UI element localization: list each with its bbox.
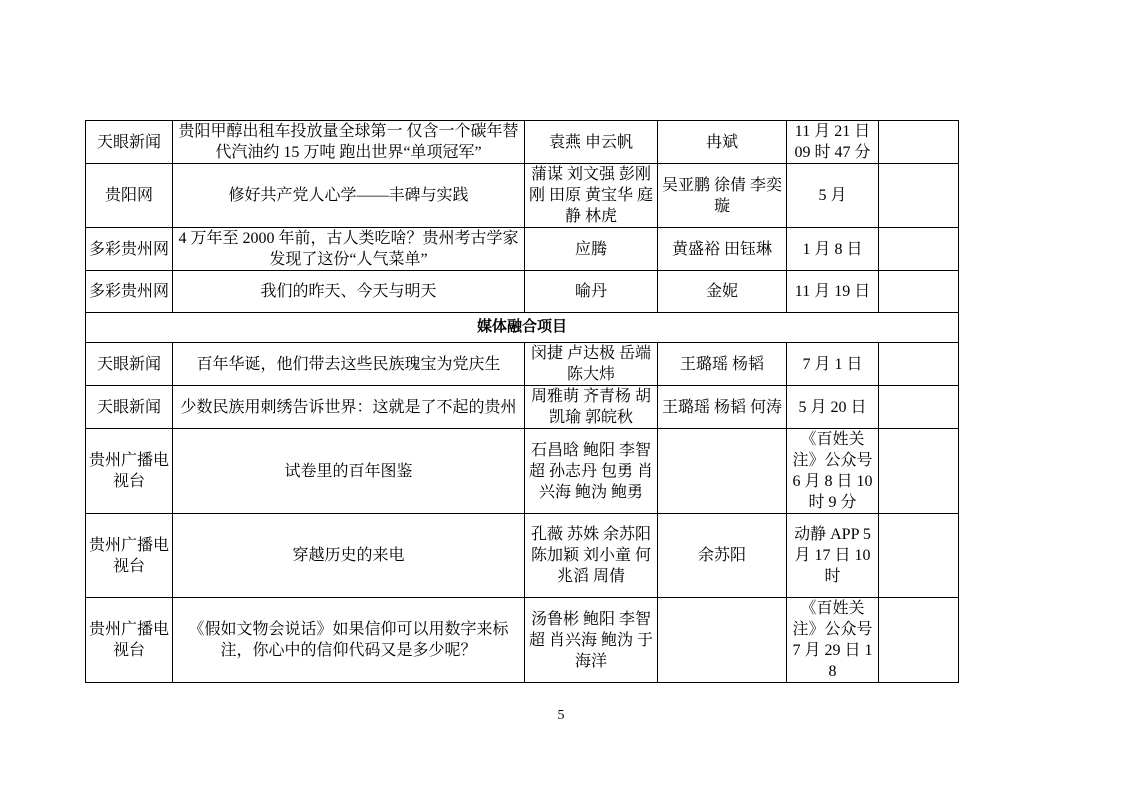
cell-editors [658, 598, 787, 683]
cell-date: 11 月 21 日 09 时 47 分 [787, 121, 879, 164]
table-row: 天眼新闻 贵阳甲醇出租车投放量全球第一 仅含一个碳年替代汽油约 15 万吨 跑出… [86, 121, 959, 164]
table-row: 贵州广播电视台 穿越历史的来电 孔薇 苏姝 余苏阳 陈加颖 刘小童 何兆滔 周倩… [86, 514, 959, 598]
cell-authors: 石昌晗 鲍阳 李智超 孙志丹 包勇 肖兴海 鲍沩 鲍勇 [525, 429, 658, 514]
cell-media: 贵阳网 [86, 164, 173, 228]
table-row: 贵阳网 修好共产党人心学——丰碑与实践 蒲谋 刘文强 彭刚刚 田原 黄宝华 庭静… [86, 164, 959, 228]
cell-extra [879, 271, 959, 313]
cell-date: 动静 APP 5 月 17 日 10 时 [787, 514, 879, 598]
cell-date: 《百姓关注》公众号 7 月 29 日 18 [787, 598, 879, 683]
cell-extra [879, 429, 959, 514]
cell-media: 贵州广播电视台 [86, 598, 173, 683]
cell-title: 贵阳甲醇出租车投放量全球第一 仅含一个碳年替代汽油约 15 万吨 跑出世界“单项… [173, 121, 525, 164]
media-projects-table: 天眼新闻 贵阳甲醇出租车投放量全球第一 仅含一个碳年替代汽油约 15 万吨 跑出… [85, 120, 959, 683]
section-header: 媒体融合项目 [86, 313, 959, 343]
cell-title: 少数民族用刺绣告诉世界：这就是了不起的贵州 [173, 386, 525, 429]
cell-authors: 喻丹 [525, 271, 658, 313]
cell-authors: 汤鲁彬 鲍阳 李智超 肖兴海 鲍沩 于海洋 [525, 598, 658, 683]
table-row: 多彩贵州网 4 万年至 2000 年前，古人类吃啥？贵州考古学家发现了这份“人气… [86, 228, 959, 271]
cell-title: 我们的昨天、今天与明天 [173, 271, 525, 313]
table-row: 贵州广播电视台 试卷里的百年图鉴 石昌晗 鲍阳 李智超 孙志丹 包勇 肖兴海 鲍… [86, 429, 959, 514]
cell-media: 天眼新闻 [86, 386, 173, 429]
cell-media: 天眼新闻 [86, 343, 173, 386]
cell-editors: 吴亚鹏 徐倩 李奕璇 [658, 164, 787, 228]
table-row: 天眼新闻 百年华诞，他们带去这些民族瑰宝为党庆生 闵捷 卢达极 岳端 陈大炜 王… [86, 343, 959, 386]
cell-editors: 余苏阳 [658, 514, 787, 598]
cell-editors: 黄盛裕 田钰琳 [658, 228, 787, 271]
cell-authors: 闵捷 卢达极 岳端 陈大炜 [525, 343, 658, 386]
cell-title: 百年华诞，他们带去这些民族瑰宝为党庆生 [173, 343, 525, 386]
cell-title: 修好共产党人心学——丰碑与实践 [173, 164, 525, 228]
cell-date: 1 月 8 日 [787, 228, 879, 271]
cell-media: 贵州广播电视台 [86, 514, 173, 598]
cell-extra [879, 343, 959, 386]
cell-editors: 王璐瑶 杨韬 [658, 343, 787, 386]
cell-date: 5 月 20 日 [787, 386, 879, 429]
cell-editors [658, 429, 787, 514]
cell-authors: 袁燕 申云帆 [525, 121, 658, 164]
table-row: 多彩贵州网 我们的昨天、今天与明天 喻丹 金妮 11 月 19 日 [86, 271, 959, 313]
cell-authors: 应腾 [525, 228, 658, 271]
cell-media: 天眼新闻 [86, 121, 173, 164]
cell-media: 贵州广播电视台 [86, 429, 173, 514]
table-row: 天眼新闻 少数民族用刺绣告诉世界：这就是了不起的贵州 周雅萌 齐青杨 胡凯瑜 郭… [86, 386, 959, 429]
page-number: 5 [0, 708, 1122, 724]
cell-extra [879, 598, 959, 683]
cell-title: 试卷里的百年图鉴 [173, 429, 525, 514]
cell-extra [879, 164, 959, 228]
cell-authors: 周雅萌 齐青杨 胡凯瑜 郭皖秋 [525, 386, 658, 429]
cell-extra [879, 514, 959, 598]
cell-authors: 孔薇 苏姝 余苏阳 陈加颖 刘小童 何兆滔 周倩 [525, 514, 658, 598]
cell-authors: 蒲谋 刘文强 彭刚刚 田原 黄宝华 庭静 林虎 [525, 164, 658, 228]
cell-date: 《百姓关注》公众号 6 月 8 日 10 时 9 分 [787, 429, 879, 514]
cell-title: 穿越历史的来电 [173, 514, 525, 598]
cell-editors: 金妮 [658, 271, 787, 313]
cell-media: 多彩贵州网 [86, 271, 173, 313]
cell-date: 11 月 19 日 [787, 271, 879, 313]
cell-date: 5 月 [787, 164, 879, 228]
cell-extra [879, 386, 959, 429]
cell-media: 多彩贵州网 [86, 228, 173, 271]
cell-extra [879, 121, 959, 164]
cell-title: 《假如文物会说话》如果信仰可以用数字来标注，你心中的信仰代码又是多少呢？ [173, 598, 525, 683]
table-row: 贵州广播电视台 《假如文物会说话》如果信仰可以用数字来标注，你心中的信仰代码又是… [86, 598, 959, 683]
cell-editors: 王璐瑶 杨韬 何涛 [658, 386, 787, 429]
cell-title: 4 万年至 2000 年前，古人类吃啥？贵州考古学家发现了这份“人气菜单” [173, 228, 525, 271]
cell-editors: 冉斌 [658, 121, 787, 164]
cell-date: 7 月 1 日 [787, 343, 879, 386]
section-header-row: 媒体融合项目 [86, 313, 959, 343]
cell-extra [879, 228, 959, 271]
